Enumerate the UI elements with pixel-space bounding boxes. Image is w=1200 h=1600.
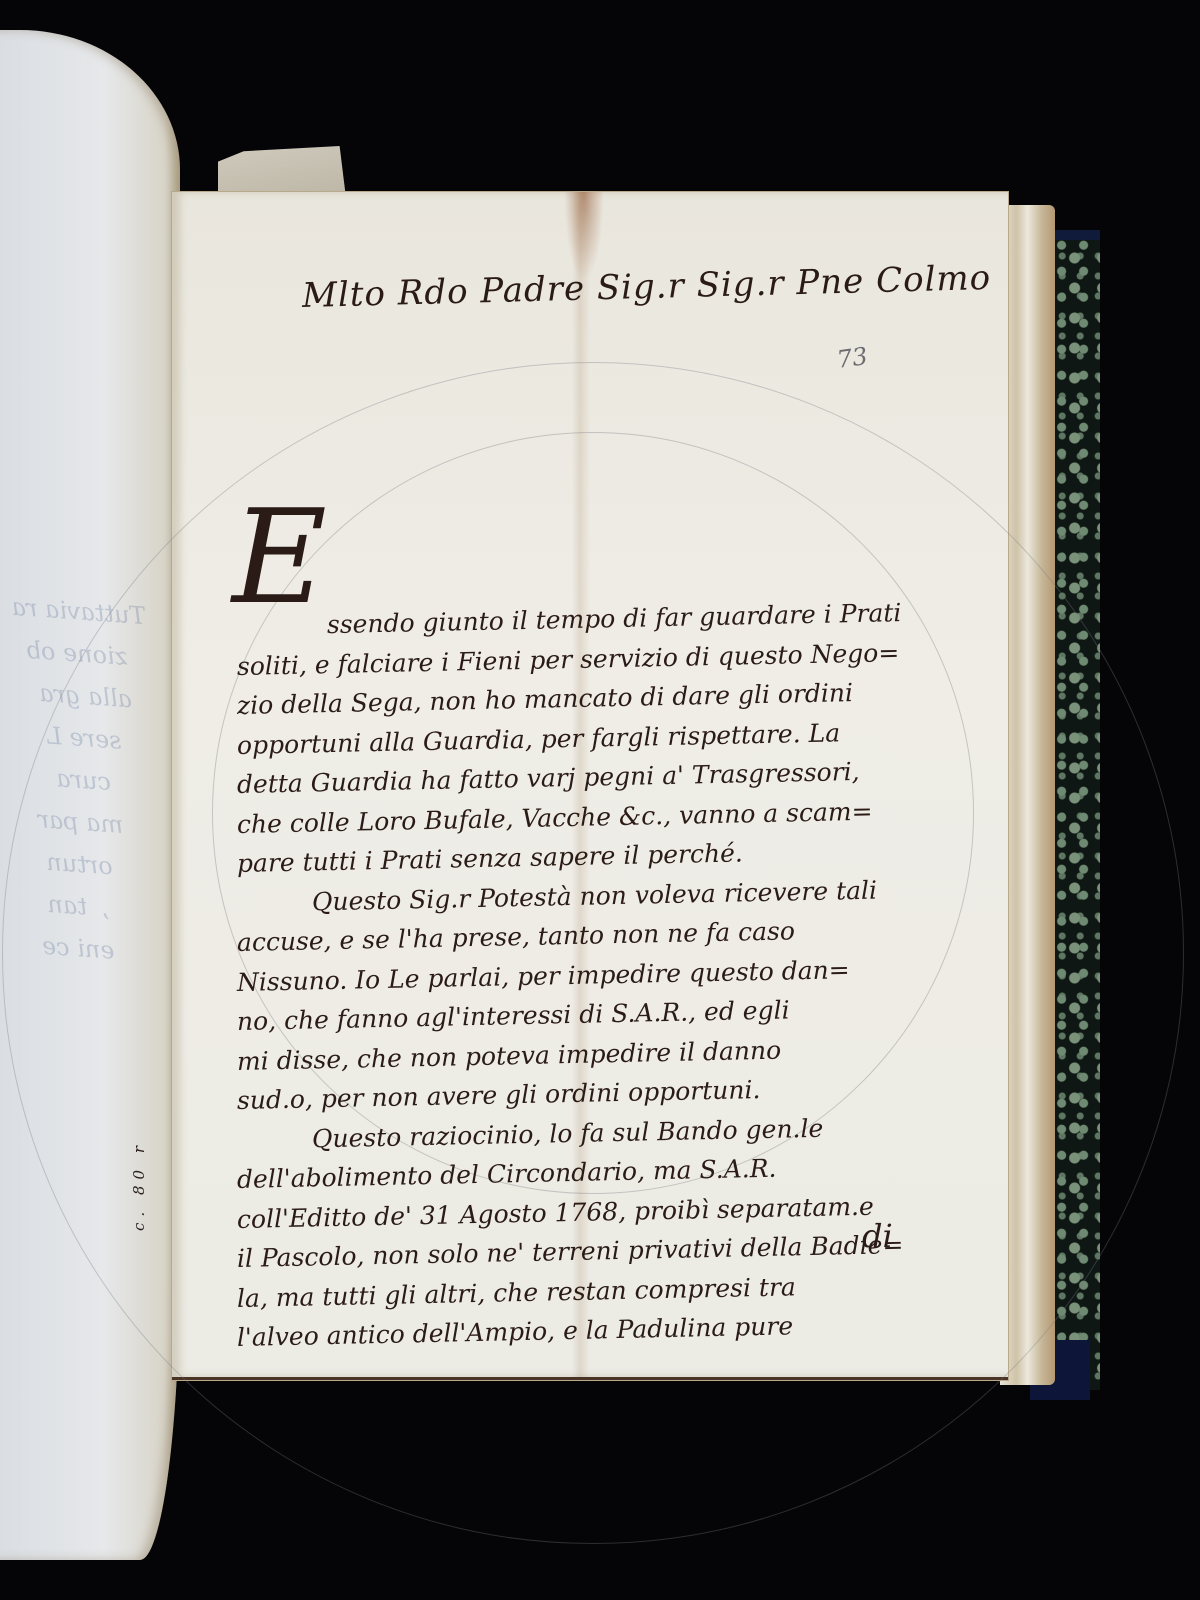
paper-tab: [218, 146, 346, 198]
marbled-cover-board: [1055, 240, 1100, 1390]
recto-page: Mlto Rdo Padre Sig.r Sig.r Pne Colmo 73 …: [172, 192, 1008, 1380]
salutation-heading: Mlto Rdo Padre Sig.r Sig.r Pne Colmo: [302, 258, 992, 316]
left-page-verso: Tuttavia ra zione ob alla gra sere L cur…: [0, 30, 180, 1560]
decorated-initial: E: [232, 492, 327, 622]
left-margin-note: c. 80 r: [130, 1140, 148, 1231]
show-through-ink: Tuttavia ra zione ob alla gra sere L cur…: [0, 586, 147, 972]
folio-number: 73: [835, 342, 869, 374]
catchword: di: [862, 1217, 893, 1255]
manuscript-photo: Tuttavia ra zione ob alla gra sere L cur…: [0, 0, 1200, 1600]
page-stack-edge: [1000, 205, 1055, 1385]
